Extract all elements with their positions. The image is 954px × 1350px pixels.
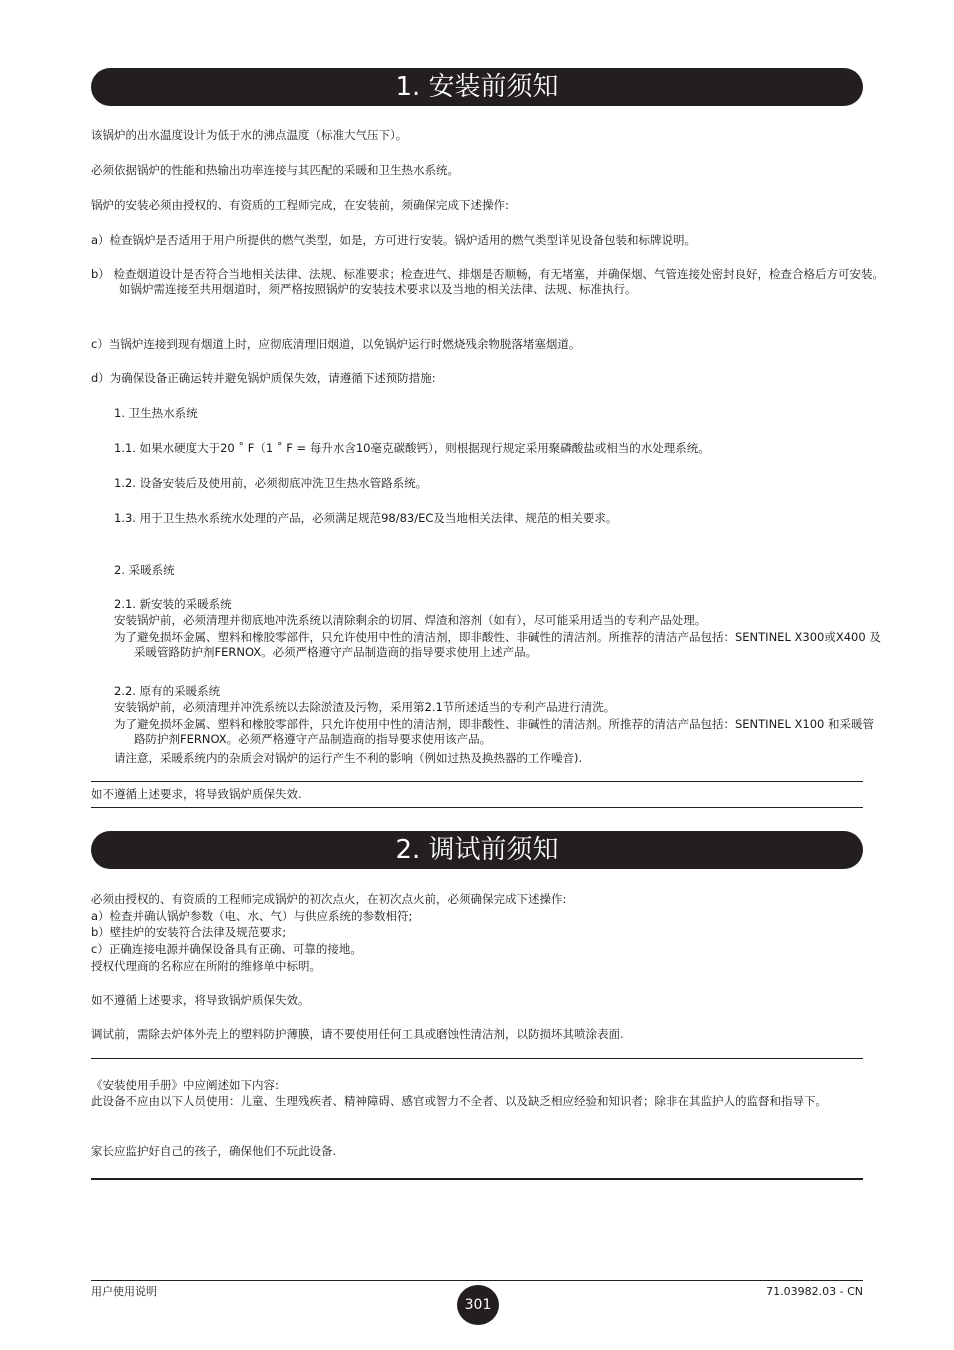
paragraph-installer: 锅炉的安装必须由授权的、有资质的工程师完成，在安装前，须确保完成下述操作: [91,198,863,213]
subsection-2-2-line1: 安装锅炉前，必须清理并冲洗系统以去除淤渣及污物，采用第2.1节所述适当的专利产品… [114,700,886,715]
divider [91,781,863,782]
divider [91,1058,863,1059]
footer-doc-code: 71.03982.03 - CN [766,1284,863,1299]
paragraph-water-temp: 该锅炉的出水温度设计为低于水的沸点温度（标准大气压下）。 [91,128,863,143]
commissioning-item-c: c）正确连接电源并确保设备具有正确、可靠的接地。 [91,942,863,957]
warranty-warning-2: 如不遵循上述要求，将导致锅炉质保失效。 [91,993,863,1008]
subsection-2-2-line2: 为了避免损坏金属、塑料和橡胶零部件，只允许使用中性的清洁剂，即非酸性、非碱性的清… [114,717,883,747]
subsection-1-1: 1.1. 如果水硬度大于20 ˚ F（1 ˚ F = 每升水含10毫克碳酸钙），… [114,441,886,456]
item-c: c）当锅炉连接到现有烟道上时，应彻底清理旧烟道，以免锅炉运行时燃烧残余物脱落堵塞… [91,337,863,352]
subsection-2-1-line2: 为了避免损坏金属、塑料和橡胶零部件，只允许使用中性的清洁剂，即非酸性、非碱性的清… [114,630,883,660]
subsection-1-3: 1.3. 用于卫生热水系统水处理的产品，必须满足规范98/83/EC及当地相关法… [114,511,886,526]
item-b: b） 检查烟道设计是否符合当地相关法律、法规、标准要求；检查进气、排烟是否顺畅，… [91,267,891,297]
protective-film-note: 调试前，需除去炉体外壳上的塑料防护薄膜，请不要使用任何工具或磨蚀性清洁剂，以防损… [91,1027,863,1042]
section-2-title: 2. 调试前须知 [91,831,863,869]
commissioning-intro: 必须由授权的、有资质的工程师完成锅炉的初次点火，在初次点火前，必须确保完成下述操… [91,892,863,907]
agent-note: 授权代理商的名称应在所附的维修单中标明。 [91,959,863,974]
subsection-dhw-title: 1. 卫生热水系统 [114,406,886,421]
manual-title: 《安装使用手册》中应阐述如下内容: [91,1078,863,1093]
divider [91,807,863,808]
subsection-2-1-line1: 安装锅炉前，必须清理并彻底地冲洗系统以清除剩余的切屑、焊渣和溶剂（如有），尽可能… [114,613,886,628]
subsection-2-2-line3: 请注意，采暖系统内的杂质会对锅炉的运行产生不利的影响（例如过热及换热器的工作噪音… [114,751,886,766]
item-d: d）为确保设备正确运转并避免锅炉质保失效，请遵循下述预防措施: [91,371,863,386]
children-note: 家长应监护好自己的孩子，确保他们不玩此设备. [91,1144,863,1159]
subsection-1-2: 1.2. 设备安装后及使用前，必须彻底冲洗卫生热水管路系统。 [114,476,886,491]
commissioning-item-b: b）壁挂炉的安装符合法律及规范要求; [91,925,863,940]
item-a: a）检查锅炉是否适用于用户所提供的燃气类型，如是，方可进行安装。锅炉适用的燃气类… [91,233,863,248]
footer-divider [91,1280,863,1281]
section-1-title: 1. 安装前须知 [91,68,863,106]
manual-text: 此设备不应由以下人员使用：儿童、生理残疾者、精神障碍、感官或智力不全者、以及缺乏… [91,1094,863,1109]
commissioning-item-a: a）检查并确认锅炉参数（电、水、气）与供应系统的参数相符; [91,909,863,924]
footer-doc-title: 用户使用说明 [91,1284,157,1299]
page-number: 301 [457,1285,499,1325]
divider [91,1178,863,1180]
paragraph-system-match: 必须依据锅炉的性能和热输出功率连接与其匹配的采暖和卫生热水系统。 [91,163,863,178]
subsection-2-2-title: 2.2. 原有的采暖系统 [114,684,886,699]
subsection-heating-title: 2. 采暖系统 [114,563,886,578]
warranty-warning-1: 如不遵循上述要求，将导致锅炉质保失效. [91,787,863,802]
subsection-2-1-title: 2.1. 新安装的采暖系统 [114,597,886,612]
